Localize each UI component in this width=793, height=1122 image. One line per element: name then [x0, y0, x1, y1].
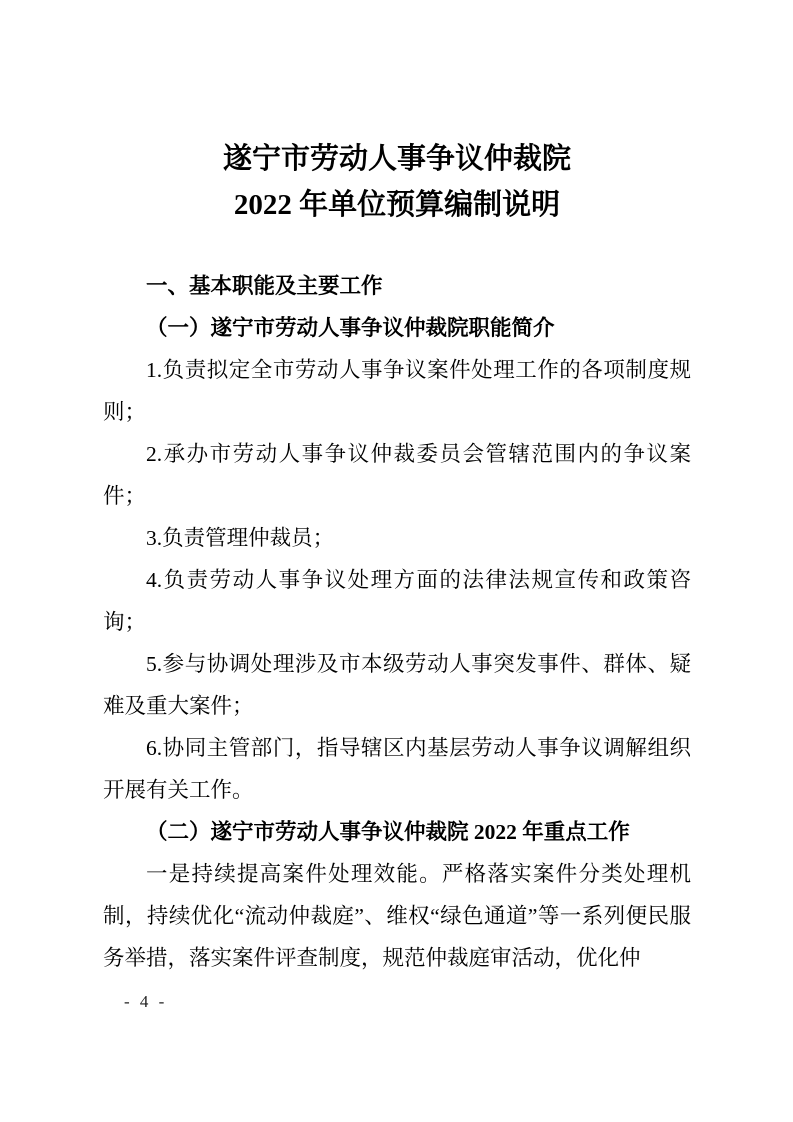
document-page: 遂宁市劳动人事争议仲裁院 2022 年单位预算编制说明 一、基本职能及主要工作 … [0, 0, 793, 1122]
section-heading-sub1: （一）遂宁市劳动人事争议仲裁院职能简介 [103, 307, 691, 349]
page-number: - 4 - [124, 992, 167, 1012]
document-title: 遂宁市劳动人事争议仲裁院 2022 年单位预算编制说明 [103, 136, 691, 228]
duty-item-5: 5.参与协调处理涉及市本级劳动人事突发事件、群体、疑难及重大案件； [103, 643, 691, 727]
duty-item-3: 3.负责管理仲裁员； [103, 517, 691, 559]
document-title-line2: 2022 年单位预算编制说明 [103, 182, 691, 228]
duty-item-6: 6.协同主管部门，指导辖区内基层劳动人事争议调解组织开展有关工作。 [103, 727, 691, 811]
duty-item-4: 4.负责劳动人事争议处理方面的法律法规宣传和政策咨询； [103, 559, 691, 643]
keywork-paragraph: 一是持续提高案件处理效能。严格落实案件分类处理机制，持续优化“流动仲裁庭”、维权… [103, 853, 691, 979]
section-heading-sub2: （二）遂宁市劳动人事争议仲裁院 2022 年重点工作 [103, 811, 691, 853]
section-heading-main: 一、基本职能及主要工作 [103, 265, 691, 307]
duty-item-2: 2.承办市劳动人事争议仲裁委员会管辖范围内的争议案件； [103, 433, 691, 517]
duty-item-1: 1.负责拟定全市劳动人事争议案件处理工作的各项制度规则； [103, 349, 691, 433]
document-title-line1: 遂宁市劳动人事争议仲裁院 [103, 136, 691, 182]
